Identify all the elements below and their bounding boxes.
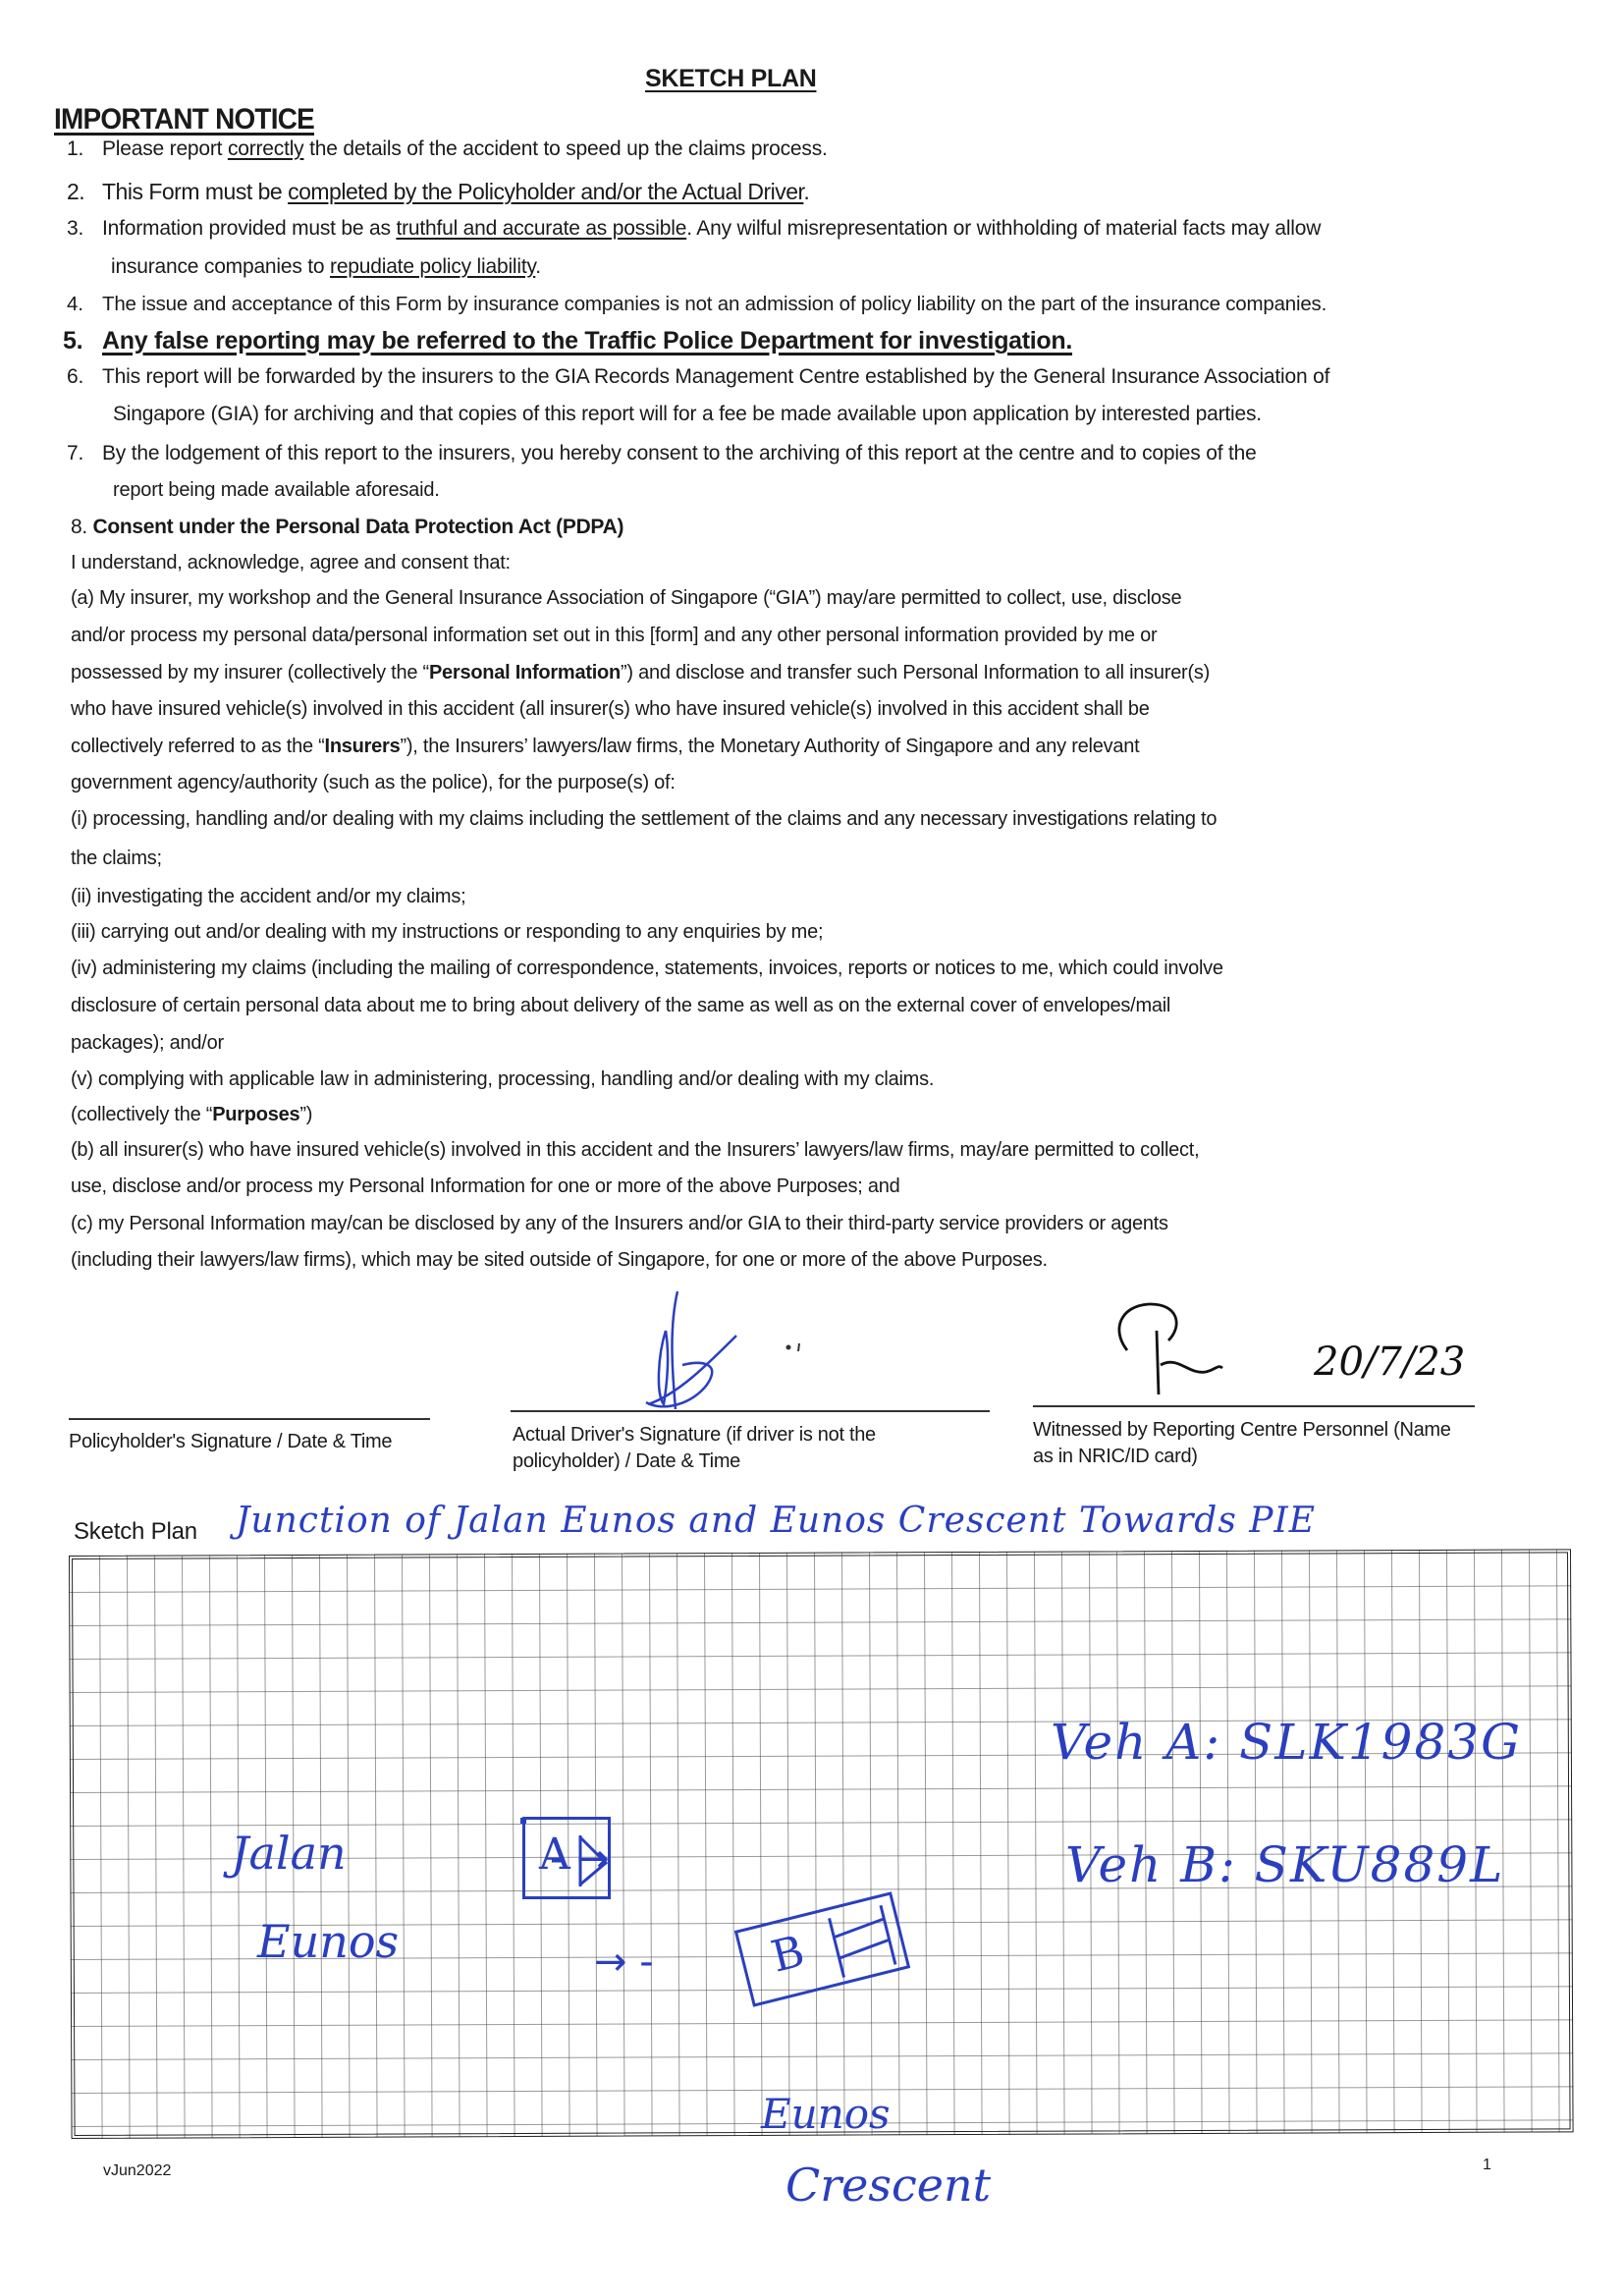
notice-number: 6. <box>67 365 102 389</box>
notice-number: 2. <box>67 179 102 205</box>
notice-warning-text: Any false reporting may be referred to t… <box>102 327 1072 355</box>
notice-text: Please report <box>102 137 228 160</box>
pdpa-text: collectively referred to as the “ <box>71 736 325 757</box>
notice-number: 1. <box>67 137 102 161</box>
pdpa-line: and/or process my personal data/personal… <box>71 625 1157 647</box>
pdpa-text: (collectively the “ <box>71 1104 212 1125</box>
pdpa-text: ”) <box>299 1104 312 1125</box>
pdpa-title: Consent under the Personal Data Protecti… <box>92 516 623 538</box>
pdpa-line: (c) my Personal Information may/can be d… <box>71 1213 1168 1235</box>
road-label-crescent: Crescent <box>785 2159 991 2212</box>
notice-number: 4. <box>67 293 102 316</box>
vehicle-a-marker: A <box>539 1830 570 1880</box>
pdpa-defined-term: Insurers <box>325 736 401 757</box>
pdpa-line: disclosure of certain personal data abou… <box>71 995 1170 1017</box>
notice-text: By the lodgement of this report to the i… <box>102 442 1257 465</box>
notice-item-1: 1.Please report correctly the details of… <box>67 137 828 161</box>
notice-text: Information provided must be as <box>102 217 396 240</box>
page-number: 1 <box>1483 2157 1491 2174</box>
notice-number: 3. <box>67 217 102 241</box>
notice-item-2: 2.This Form must be completed by the Pol… <box>67 179 809 205</box>
pdpa-text: ”), the Insurers’ lawyers/law firms, the… <box>400 736 1139 757</box>
policyholder-signature-line[interactable] <box>69 1418 430 1420</box>
road-label-eunos: Eunos <box>257 1915 399 1968</box>
notice-text: insurance companies to <box>111 255 330 278</box>
witness-signature-icon <box>1110 1301 1257 1409</box>
road-label-eunos-bottom: Eunos <box>761 2090 891 2138</box>
pdpa-line: use, disclose and/or process my Personal… <box>71 1175 900 1198</box>
pdpa-line: (i) processing, handling and/or dealing … <box>71 808 1217 831</box>
pdpa-line: collectively referred to as the “Insurer… <box>71 736 1139 758</box>
notice-text: This report will be forwarded by the ins… <box>102 365 1329 388</box>
pdpa-defined-term: Personal Information <box>429 662 621 683</box>
vehicle-b-front-icon <box>823 1899 906 1983</box>
form-version: vJun2022 <box>103 2162 171 2180</box>
pdpa-line: (iv) administering my claims (including … <box>71 957 1223 980</box>
notice-emphasis: correctly <box>228 137 304 160</box>
pdpa-line: who have insured vehicle(s) involved in … <box>71 698 1150 721</box>
pdpa-line: the claims; <box>71 847 162 870</box>
notice-item-7: 7.By the lodgement of this report to the… <box>67 442 1257 465</box>
sketch-plan-label: Sketch Plan <box>74 1518 197 1546</box>
pdpa-heading: 8. Consent under the Personal Data Prote… <box>71 516 623 539</box>
notice-text: The issue and acceptance of this Form by… <box>102 293 1326 315</box>
vehicle-b-direction-arrow: → - <box>594 1940 654 1985</box>
notice-emphasis: completed by the Policyholder and/or the… <box>288 179 803 204</box>
pdpa-line: packages); and/or <box>71 1032 224 1055</box>
notice-emphasis: repudiate policy liability <box>330 255 535 278</box>
witness-signature-label: Witnessed by Reporting Centre Personnel … <box>1033 1417 1465 1470</box>
pdpa-intro: I understand, acknowledge, agree and con… <box>71 552 511 574</box>
pdpa-text: ”) and disclose and transfer such Person… <box>621 662 1210 683</box>
notice-text: . <box>803 179 809 204</box>
pdpa-text: possessed by my insurer (collectively th… <box>71 662 429 683</box>
pdpa-number: 8. <box>71 516 87 538</box>
vehicle-a-icon: A <box>522 1817 611 1899</box>
notice-text: the details of the accident to speed up … <box>303 137 827 160</box>
pdpa-line: (v) complying with applicable law in adm… <box>71 1068 934 1091</box>
notice-item-6: 6.This report will be forwarded by the i… <box>67 365 1329 389</box>
pdpa-line: possessed by my insurer (collectively th… <box>71 662 1210 684</box>
policyholder-signature-label: Policyholder's Signature / Date & Time <box>69 1429 481 1455</box>
pdpa-line: government agency/authority (such as the… <box>71 772 676 794</box>
notice-item-6-cont: Singapore (GIA) for archiving and that c… <box>113 403 1262 426</box>
road-label-jalan: Jalan <box>231 1827 347 1880</box>
notice-text: . Any wilful misrepresentation or withho… <box>686 217 1321 240</box>
pdpa-defined-term: Purposes <box>212 1104 299 1125</box>
sketch-plan-description[interactable]: Junction of Jalan Eunos and Eunos Cresce… <box>236 1501 1316 1541</box>
driver-signature-label: Actual Driver's Signature (if driver is … <box>513 1422 964 1475</box>
pdpa-line: (b) all insurer(s) who have insured vehi… <box>71 1139 1199 1162</box>
witness-signature-line[interactable] <box>1033 1405 1475 1407</box>
notice-number: 7. <box>67 442 102 465</box>
pdpa-line: (ii) investigating the accident and/or m… <box>71 886 465 908</box>
notice-item-3-cont: insurance companies to repudiate policy … <box>111 255 541 279</box>
notice-item-7-cont: report being made available aforesaid. <box>113 479 440 502</box>
notice-item-5: 5.Any false reporting may be referred to… <box>63 327 1072 355</box>
pdpa-line: (a) My insurer, my workshop and the Gene… <box>71 587 1181 610</box>
notice-number: 5. <box>63 327 102 355</box>
document-title: SKETCH PLAN <box>645 65 816 93</box>
vehicle-a-plate: Veh A: SLK1983G <box>1051 1714 1522 1771</box>
notice-text: This Form must be <box>102 179 288 204</box>
notice-emphasis: truthful and accurate as possible <box>396 217 686 240</box>
vehicle-b-plate: Veh B: SKU889L <box>1065 1836 1504 1893</box>
notice-item-4: 4.The issue and acceptance of this Form … <box>67 293 1326 316</box>
driver-signature-line[interactable] <box>511 1410 990 1412</box>
notice-text: . <box>535 255 541 278</box>
driver-signature-icon <box>609 1286 825 1424</box>
notice-item-3: 3.Information provided must be as truthf… <box>67 217 1321 241</box>
pdpa-line: (including their lawyers/law firms), whi… <box>71 1249 1048 1272</box>
pdpa-line: (iii) carrying out and/or dealing with m… <box>71 921 823 944</box>
vehicle-a-front-icon <box>576 1831 610 1890</box>
vehicle-b-marker: B <box>767 1926 810 1982</box>
witness-date: 20/7/23 <box>1314 1339 1465 1385</box>
important-notice-heading: IMPORTANT NOTICE <box>54 103 314 137</box>
pdpa-line: (collectively the “Purposes”) <box>71 1104 312 1126</box>
